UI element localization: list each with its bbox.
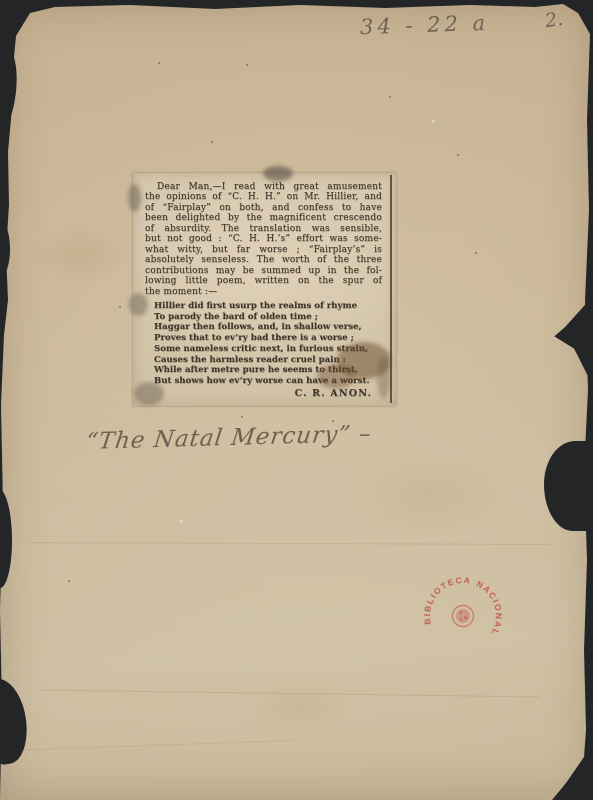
clipping-paragraph-line: contributions may be summed up in the fo… bbox=[145, 266, 382, 276]
scanned-page: 34 - 22 a 2. “The Natal Mercury” – Dear … bbox=[0, 0, 593, 800]
clipping-poem-line: Causes the harmless reader cruel pain : bbox=[154, 355, 382, 366]
stamp-text-left: BIBLIOTECA bbox=[419, 566, 474, 634]
paper-fleck bbox=[180, 520, 183, 523]
dust-speck bbox=[158, 62, 160, 64]
dust-speck bbox=[119, 306, 121, 308]
clipping-paragraph-line: of absurdity. The translation was sensib… bbox=[145, 224, 382, 234]
clipping-paragraph-line: the opinions of “C. H. H.” on Mr. Hillie… bbox=[145, 192, 382, 202]
handwritten-archive-number: 34 - 22 a bbox=[360, 11, 490, 39]
clipping-paragraph: Dear Man,—I read with great amusementthe… bbox=[145, 182, 382, 297]
clipping-paragraph-line: Dear Man,—I read with great amusement bbox=[145, 182, 382, 192]
handwritten-page-number: 2. bbox=[544, 8, 565, 32]
clipping-paragraph-line: of “Fairplay” on both, and confess to ha… bbox=[145, 203, 382, 213]
dust-speck bbox=[246, 64, 248, 66]
clipping-paragraph-line: been delighted by the magnificent cresce… bbox=[145, 213, 382, 223]
clipping-poem: Hillier did first usurp the realms of rh… bbox=[154, 301, 382, 387]
clipping-text: Dear Man,—I read with great amusementthe… bbox=[145, 182, 382, 399]
stamp-emblem bbox=[450, 603, 475, 628]
clipping-poem-line: While after metre pure he seems to thirs… bbox=[154, 365, 382, 376]
clipping-poem-line: Hillier did first usurp the realms of rh… bbox=[154, 301, 382, 312]
clipping-column-rule bbox=[390, 175, 392, 403]
paper-fleck bbox=[432, 120, 435, 123]
clipping-paragraph-line: but not good : “C. H. H.’s” effort was s… bbox=[145, 234, 382, 244]
clipping-paragraph-line: the moment :— bbox=[145, 287, 382, 297]
clipping-poem-line: Haggar then follows, and, in shallow ver… bbox=[154, 322, 382, 333]
newspaper-clipping: Dear Man,—I read with great amusementthe… bbox=[133, 173, 396, 406]
stamp-text-right: NACIONAL bbox=[464, 578, 512, 639]
clipping-signature: C. R. ANON. bbox=[145, 388, 382, 399]
dust-speck bbox=[389, 96, 391, 98]
dust-speck bbox=[211, 141, 213, 143]
clipping-paragraph-line: absolutely senseless. The worth of the t… bbox=[145, 255, 382, 265]
dust-speck bbox=[68, 580, 70, 582]
clipping-poem-line: Proves that to ev’ry bad there is a wors… bbox=[154, 333, 382, 344]
clipping-poem-line: Some nameless critic next, in furious st… bbox=[154, 344, 382, 355]
dust-speck bbox=[457, 154, 459, 156]
clipping-poem-line: To parody the bard of olden time ; bbox=[154, 312, 382, 323]
dust-speck bbox=[475, 252, 477, 254]
clipping-poem-line: But shows how ev’ry worse can have a wor… bbox=[154, 376, 382, 387]
clipping-paragraph-line: lowing little poem, written on the spur … bbox=[145, 276, 382, 286]
dust-speck bbox=[241, 416, 243, 418]
clipping-paragraph-line: what witty, but far worse ; “Fairplay’s”… bbox=[145, 245, 382, 255]
